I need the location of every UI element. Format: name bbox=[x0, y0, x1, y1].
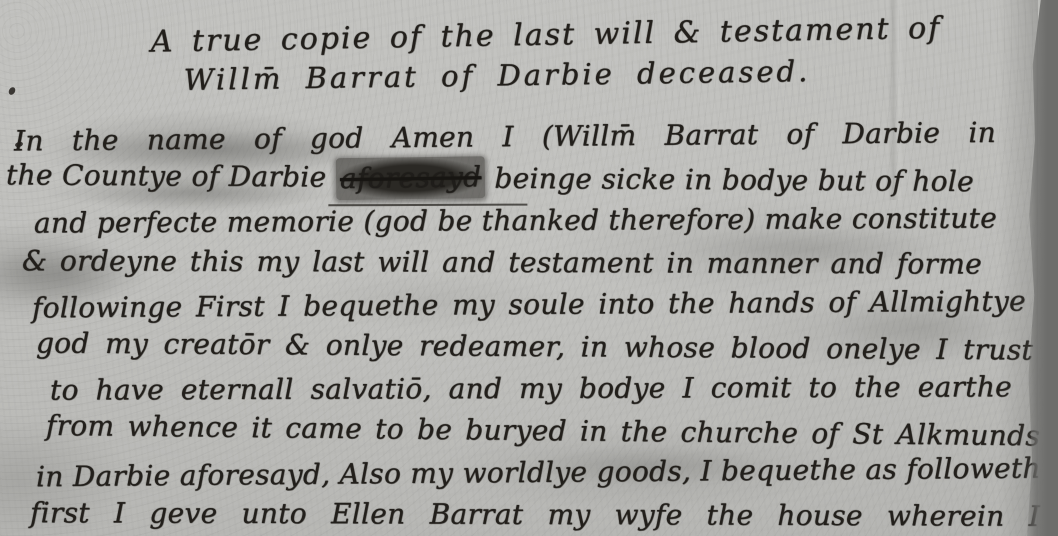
manuscript-line: god my creatōr & onlye redeamer, in whos… bbox=[0, 322, 1058, 371]
line-text-before-strike: the Countye of Darbie bbox=[6, 158, 336, 193]
manuscript-line: in Darbie aforesayd, Also my worldlye go… bbox=[0, 447, 1058, 498]
manuscript-line: first I geve unto Ellen Barrat my wyfe t… bbox=[0, 492, 1058, 536]
manuscript-line: the Countye of Darbie aforesayd beinge s… bbox=[0, 154, 1058, 203]
document-body-text: In the name of god Amen I (Willm̄ Barrat… bbox=[0, 116, 1058, 536]
manuscript-line: followinge First I bequethe my soule int… bbox=[0, 280, 1058, 329]
struck-out-word: aforesayd bbox=[335, 156, 485, 200]
document-heading: A true copie of the last will & testamen… bbox=[0, 16, 1058, 94]
manuscript-line: and perfecte memorie (god be thanked the… bbox=[0, 197, 1058, 245]
manuscript-line: & ordeyne this my last will and testamen… bbox=[0, 240, 1058, 286]
manuscript-line: to have eternall salvatiō, and my bodye … bbox=[0, 366, 1058, 412]
line-text-after-strike: beinge sicke in bodye but of hole bbox=[485, 162, 974, 198]
manuscript-page: A true copie of the last will & testamen… bbox=[0, 0, 1058, 536]
